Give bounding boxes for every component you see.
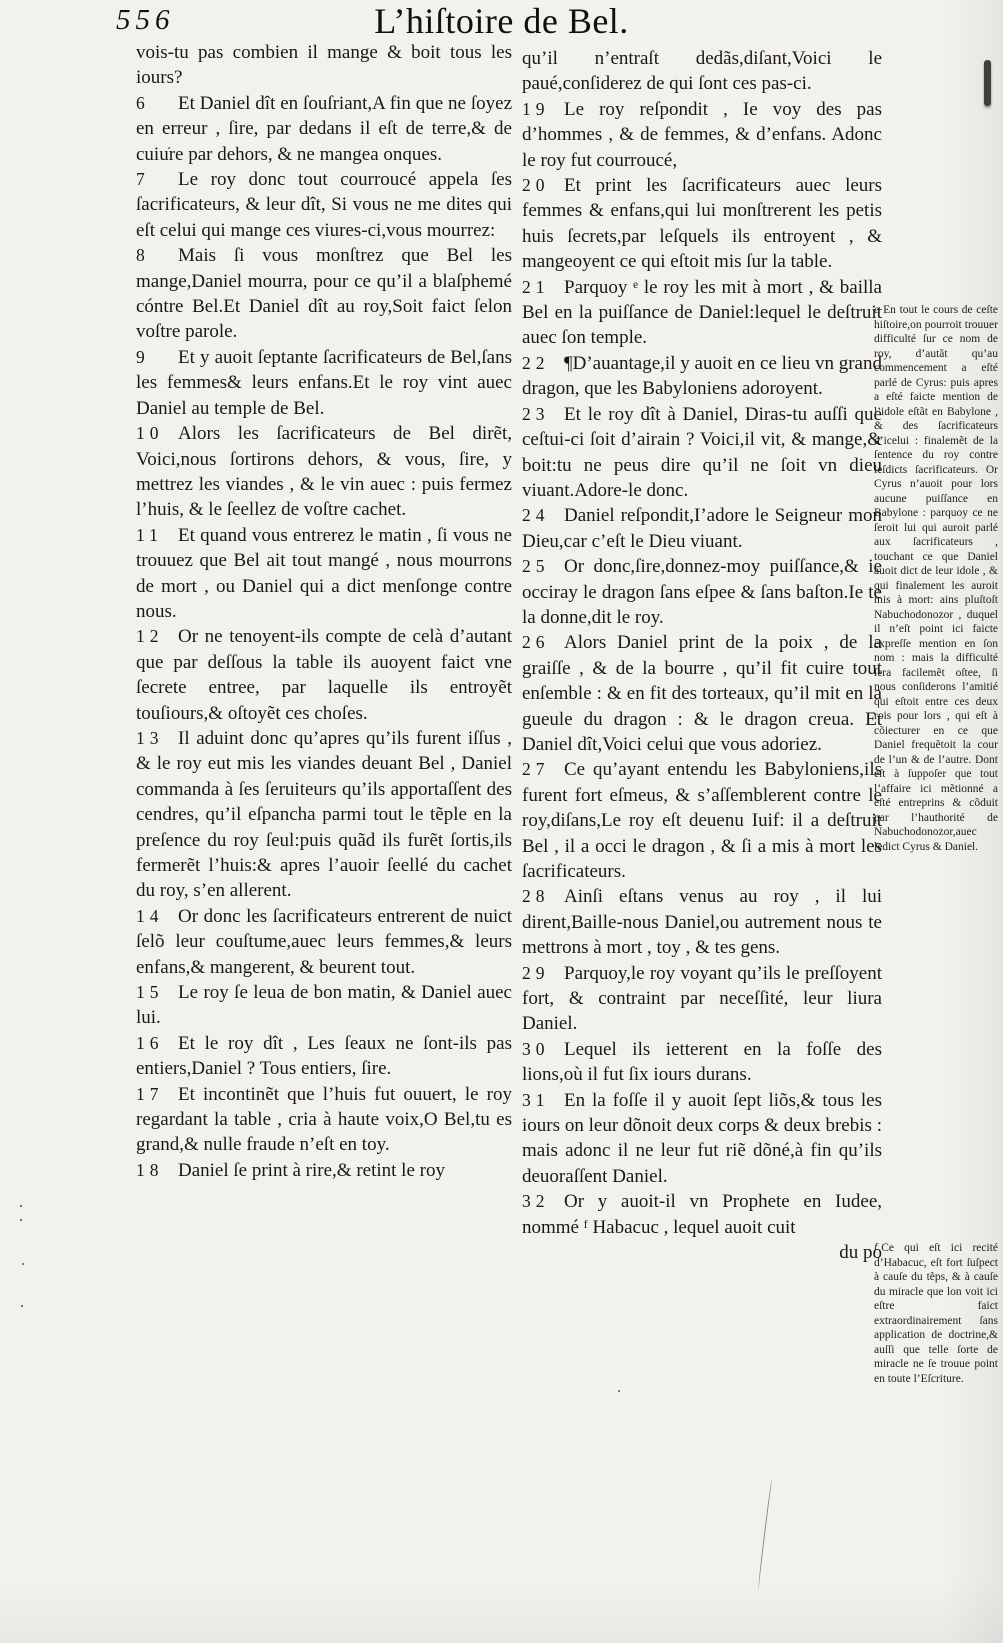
verse-number: 6: [136, 91, 178, 116]
verse-text: Mais ſi vous monſtrez que Bel les mange,…: [136, 245, 512, 342]
verse-text: Le roy reſpondit , Ie voy des pas d’homm…: [522, 99, 882, 171]
verse: 27Ce qu’ayant entendu les Babyloniens,il…: [522, 757, 882, 884]
verse-number: 20: [522, 173, 564, 198]
verse-number: 16: [136, 1031, 178, 1056]
verse: 17Et incontinẽt que l’huis fut ouuert, l…: [136, 1082, 512, 1158]
verse-text: Le roy ſe leua de bon matin, & Daniel au…: [136, 982, 512, 1028]
verse: 28Ainſi eſtans venus au roy , il lui dir…: [522, 884, 882, 960]
verse: 32Or y auoit-il vn Prophete en Iudee, no…: [522, 1189, 882, 1240]
verse-text: Et le roy dît à Daniel, Diras-tu auſſi q…: [522, 404, 882, 501]
page-edge-ink-mark: [984, 60, 991, 106]
verse-number: 11: [136, 523, 178, 548]
verse-number: 24: [522, 503, 564, 528]
margin-note-text: Ce qui eſt ici recité d’Habacuc, eſt for…: [874, 1242, 998, 1385]
verse: 31En la foſſe il y auoit ſept liõs,& tou…: [522, 1088, 882, 1190]
verse: 19Le roy reſpondit , Ie voy des pas d’ho…: [522, 97, 882, 173]
verse: vois-tu pas combien il mange & boit tous…: [136, 40, 512, 91]
verse-text: Et quand vous entrerez le matin , ſi vou…: [136, 525, 512, 622]
verse-text: Daniel ſe print à rire,& retint le roy: [178, 1160, 445, 1181]
verse: qu’il n’entraſt dedãs,diſant,Voici le pa…: [522, 46, 882, 97]
verse-text: Et le roy dît , Les ſeaux ne ſont-ils pa…: [136, 1033, 512, 1079]
verse-text: Et Daniel dît en ſouſriant,A fin que ne …: [136, 93, 512, 165]
verse-number: 15: [136, 980, 178, 1005]
margin-note-text: En tout le cours de ceſte hiſtoire,on po…: [874, 304, 998, 853]
verse-text: Et print les ſacrificateurs auec leurs f…: [522, 175, 882, 272]
verse-number: 23: [522, 402, 564, 427]
verse: 12Or ne tenoyent-ils compte de celà d’au…: [136, 624, 512, 726]
verse-number: 28: [522, 884, 564, 909]
catchword: du po: [522, 1240, 882, 1265]
verse: 30Lequel ils ietterent en la foſſe des l…: [522, 1037, 882, 1088]
verse-text: Alors Daniel print de la poix , de la gr…: [522, 632, 882, 755]
verse-number: 21: [522, 275, 564, 300]
verse-text: Parquoy ᵉ le roy les mit à mort , & bail…: [522, 277, 882, 349]
verse: 23Et le roy dît à Daniel, Diras-tu auſſi…: [522, 402, 882, 504]
verse-number: 9: [136, 345, 178, 370]
verse: 13Il aduint donc qu’apres qu’ils furent …: [136, 726, 512, 904]
verse-number: 7: [136, 167, 178, 192]
verse-text: vois-tu pas combien il mange & boit tous…: [136, 42, 512, 88]
verse-number: 13: [136, 726, 178, 751]
verse: 9Et y auoit ſeptante ſacrificateurs de B…: [136, 345, 512, 421]
verse-text: Parquoy,le roy voyant qu’ils le preſſoye…: [522, 963, 882, 1035]
verse: 24Daniel reſpondit,I’adore le Seigneur m…: [522, 503, 882, 554]
verse-text: Et y auoit ſeptante ſacrificateurs de Be…: [136, 347, 512, 419]
right-text-column: qu’il n’entraſt dedãs,diſant,Voici le pa…: [522, 46, 882, 1266]
verse: 20Et print les ſacrificateurs auec leurs…: [522, 173, 882, 275]
verse-text: Or y auoit-il vn Prophete en Iudee, nomm…: [522, 1191, 882, 1237]
verse-number: 8: [136, 243, 178, 268]
page-title: L’hiſtoire de Bel.: [0, 0, 1003, 42]
verse-number: 32: [522, 1189, 564, 1214]
verse-number: 27: [522, 757, 564, 782]
verse: 11Et quand vous entrerez le matin , ſi v…: [136, 523, 512, 625]
verse-number: 18: [136, 1158, 178, 1183]
verse-number: 10: [136, 421, 178, 446]
verse-number: 12: [136, 624, 178, 649]
verse-text: Ainſi eſtans venus au roy , il lui diren…: [522, 886, 882, 958]
margin-note-e: eEn tout le cours de ceſte hiſtoire,on p…: [874, 303, 998, 854]
verse-text: Ce qu’ayant entendu les Babyloniens,ils …: [522, 759, 882, 882]
verse: 7Le roy donc tout courroucé appela ſes ſ…: [136, 167, 512, 243]
verse: 29Parquoy,le roy voyant qu’ils le preſſo…: [522, 961, 882, 1037]
verse: 6Et Daniel dît en ſouſriant,A fin que ne…: [136, 91, 512, 167]
verse: 8Mais ſi vous monſtrez que Bel les mange…: [136, 243, 512, 345]
verse-number: 22: [522, 351, 564, 376]
verse-text: Daniel reſpondit,I’adore le Seigneur mon…: [522, 505, 882, 551]
verse-text: Et incontinẽt que l’huis fut ouuert, le …: [136, 1084, 512, 1156]
verse-number: 29: [522, 961, 564, 986]
verse-text: Or ne tenoyent-ils compte de celà d’auta…: [136, 626, 512, 723]
verse-number: 26: [522, 630, 564, 655]
verse-text: Alors les ſacrificateurs de Bel dirẽt, V…: [136, 423, 512, 520]
paper-crease-mark: [757, 1478, 774, 1590]
verse-number: 17: [136, 1082, 178, 1107]
verse-number: 30: [522, 1037, 564, 1062]
verse-number: 31: [522, 1088, 564, 1113]
right-column-verses: qu’il n’entraſt dedãs,diſant,Voici le pa…: [522, 46, 882, 1240]
verse: 15Le roy ſe leua de bon matin, & Daniel …: [136, 980, 512, 1031]
margin-note-mark: e: [874, 304, 883, 316]
verse-number: 14: [136, 904, 178, 929]
left-text-column: vois-tu pas combien il mange & boit tous…: [136, 40, 512, 1183]
verse: 22¶D’auantage,il y auoit en ce lieu vn g…: [522, 351, 882, 402]
verse-text: Or donc,ſire,donnez-moy puiſſance,& ie o…: [522, 556, 882, 628]
verse: 21Parquoy ᵉ le roy les mit à mort , & ba…: [522, 275, 882, 351]
verse: 18Daniel ſe print à rire,& retint le roy: [136, 1158, 512, 1183]
verse-text: En la foſſe il y auoit ſept liõs,& tous …: [522, 1090, 882, 1187]
verse-text: Lequel ils ietterent en la foſſe des lio…: [522, 1039, 882, 1085]
verse: 25Or donc,ſire,donnez-moy puiſſance,& ie…: [522, 554, 882, 630]
verse-text: Le roy donc tout courroucé appela ſes ſa…: [136, 169, 512, 241]
paper-specks: [20, 1205, 22, 1207]
verse-text: Il aduint donc qu’apres qu’ils furent iſ…: [136, 728, 512, 901]
verse: 26Alors Daniel print de la poix , de la …: [522, 630, 882, 757]
verse: 16Et le roy dît , Les ſeaux ne ſont-ils …: [136, 1031, 512, 1082]
verse-number: 19: [522, 97, 564, 122]
verse: 10Alors les ſacrificateurs de Bel dirẽt,…: [136, 421, 512, 523]
verse-text: qu’il n’entraſt dedãs,diſant,Voici le pa…: [522, 48, 882, 94]
verse-text: ¶D’auantage,il y auoit en ce lieu vn gra…: [522, 353, 882, 399]
verse-number: 25: [522, 554, 564, 579]
verse: 14Or donc les ſacrificateurs entrerent d…: [136, 904, 512, 980]
margin-note-f: fCe qui eſt ici recité d’Habacuc, eſt fo…: [874, 1241, 998, 1386]
verse-text: Or donc les ſacrificateurs entrerent de …: [136, 906, 512, 978]
